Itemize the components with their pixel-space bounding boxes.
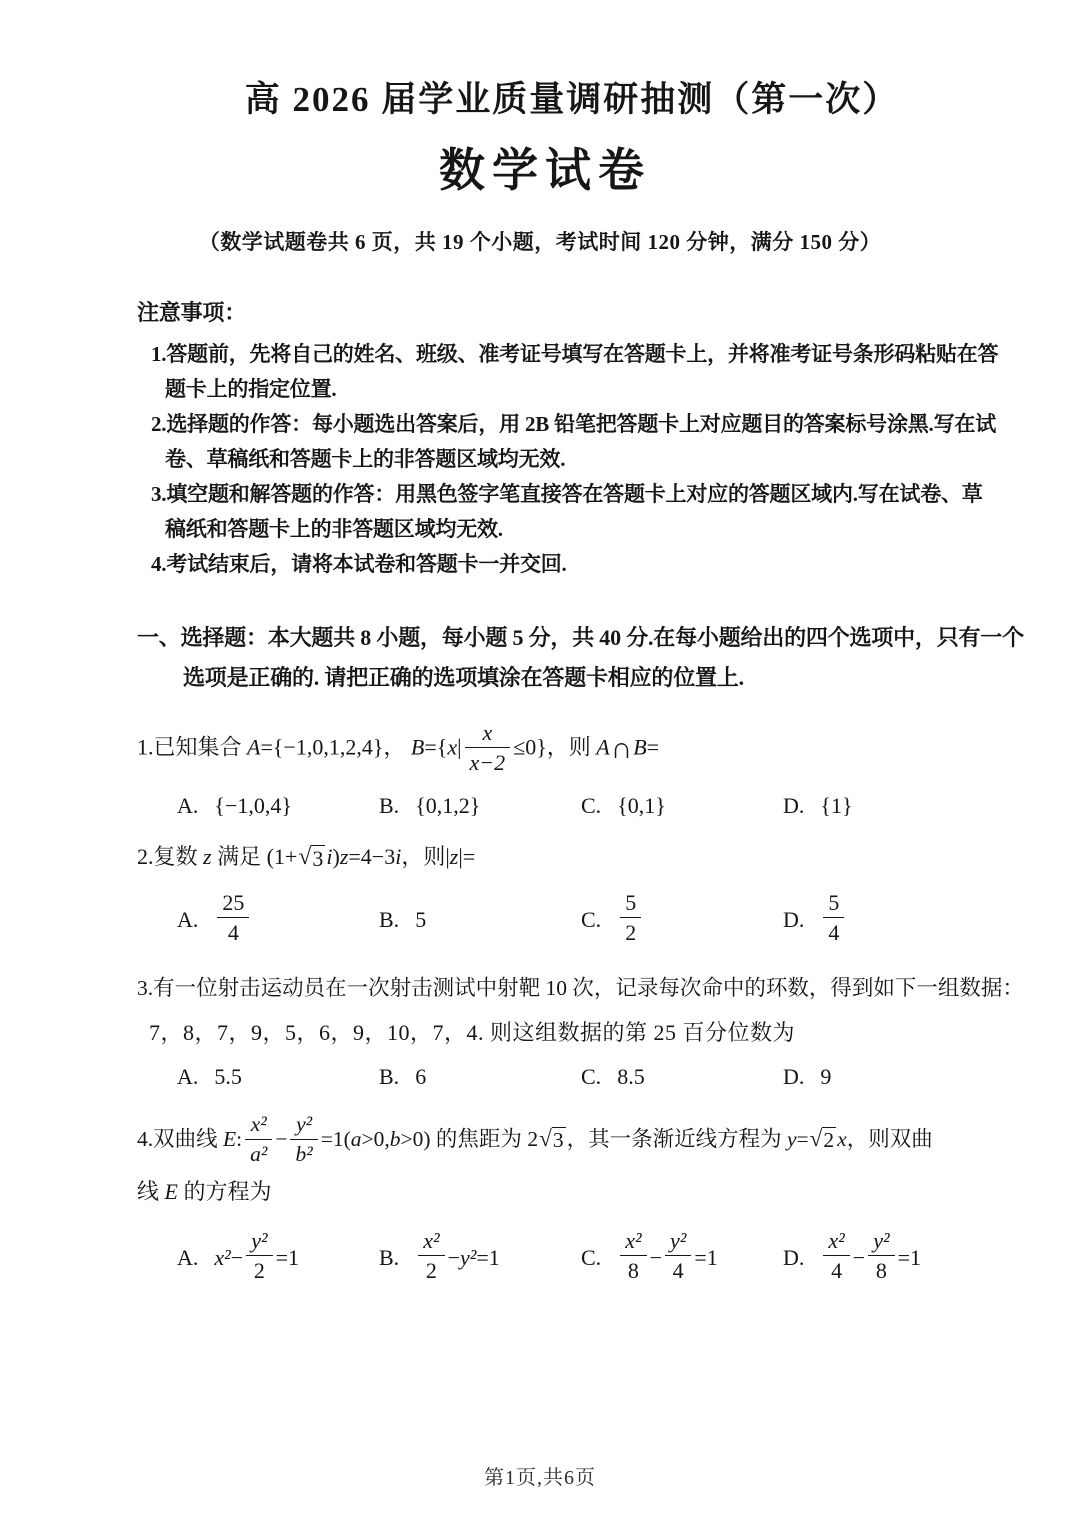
math-var: a bbox=[351, 1127, 362, 1151]
math-var: A bbox=[596, 735, 609, 760]
question-4-options: A.x²−y²2=1 B.x²2−y²=1 C.x²8−y²4=1 D.x²4−… bbox=[137, 1227, 962, 1289]
option-label: B. bbox=[379, 793, 399, 819]
doc-subtitle: 数学试卷 bbox=[0, 134, 1080, 200]
math-run: ={−1,0,1,2,4} bbox=[260, 735, 383, 760]
fraction-denominator: 2 bbox=[620, 918, 641, 945]
fraction-denominator: 4 bbox=[217, 918, 249, 945]
notice-item-4-line-1: 4.考试结束后，请将本试卷和答题卡一并交回. bbox=[137, 547, 962, 582]
notice-heading: 注意事项： bbox=[137, 296, 962, 327]
math-run: >0, bbox=[361, 1127, 389, 1151]
fraction-denominator: 2 bbox=[418, 1256, 444, 1283]
text-run: ，则 bbox=[401, 844, 445, 869]
question-1-stem: 1.已知集合 A={−1,0,1,2,4}， B={x|xx−2≤0}，则 A∩… bbox=[137, 722, 962, 777]
option-d: D.{1} bbox=[783, 793, 853, 819]
notice-item-1-line-1: 1.答题前，先将自己的姓名、班级、准考证号填写在答题卡上，并将准考证号条形码粘贴… bbox=[137, 337, 962, 372]
fraction-denominator: b² bbox=[290, 1140, 317, 1167]
question-4: 4.双曲线 E:x²a²−y²b²=1(a>0,b>0) 的焦距为 2√3，其一… bbox=[137, 1114, 962, 1289]
math-run: =1 bbox=[898, 1245, 921, 1271]
math-run: = bbox=[647, 735, 659, 760]
math-run: − bbox=[853, 1245, 865, 1271]
fraction: y²b² bbox=[290, 1112, 317, 1166]
sqrt: √3 bbox=[539, 1127, 566, 1154]
math-var: x bbox=[837, 1127, 847, 1151]
math-run: |= bbox=[458, 844, 475, 869]
option-label: C. bbox=[581, 907, 601, 933]
option-label: B. bbox=[379, 907, 399, 933]
option-d: D.x²4−y²8=1 bbox=[783, 1230, 921, 1285]
page-footer: 第1页,共6页 bbox=[0, 1461, 1080, 1490]
math-run: : bbox=[236, 1127, 242, 1151]
math-var: b bbox=[390, 1127, 401, 1151]
notice-section: 注意事项： 1.答题前，先将自己的姓名、班级、准考证号填写在答题卡上，并将准考证… bbox=[137, 296, 962, 582]
option-label: D. bbox=[783, 793, 804, 819]
fraction-denominator: a² bbox=[245, 1140, 272, 1167]
option-label: C. bbox=[581, 1245, 601, 1271]
math-run: ≤0} bbox=[513, 735, 547, 760]
math-run: = bbox=[797, 1127, 809, 1151]
doc-title: 高 2026 届学业质量调研抽测（第一次） bbox=[0, 72, 1080, 122]
text-run: 满足 bbox=[212, 844, 267, 869]
math-run: | bbox=[457, 735, 461, 760]
option-value: {−1,0,4} bbox=[214, 793, 292, 819]
option-value: {0,1,2} bbox=[415, 793, 480, 819]
math-var: x bbox=[447, 735, 457, 760]
fraction-denominator: 8 bbox=[620, 1256, 646, 1283]
fraction-denominator: 8 bbox=[868, 1256, 894, 1283]
fraction-numerator: 5 bbox=[823, 890, 844, 918]
text-run: ， bbox=[383, 735, 411, 760]
fraction: y²2 bbox=[246, 1228, 272, 1283]
content-column: 注意事项： 1.答题前，先将自己的姓名、班级、准考证号填写在答题卡上，并将准考证… bbox=[0, 296, 1080, 1289]
option-label: C. bbox=[581, 793, 601, 819]
doc-meta: （数学试题卷共 6 页，共 19 个小题，考试时间 120 分钟，满分 150 … bbox=[0, 226, 1080, 256]
math-run: =1 bbox=[476, 1245, 499, 1271]
exam-page: 高 2026 届学业质量调研抽测（第一次） 数学试卷 （数学试题卷共 6 页，共… bbox=[0, 0, 1080, 1526]
fraction-numerator: y² bbox=[246, 1228, 272, 1256]
notice-item-4: 4.考试结束后，请将本试卷和答题卡一并交回. bbox=[137, 547, 962, 582]
option-value: {0,1} bbox=[617, 793, 666, 819]
notice-item-3-line-2: 稿纸和答题卡上的非答题区域均无效. bbox=[137, 512, 962, 547]
text-run: 线 bbox=[137, 1179, 165, 1204]
option-c: C.{0,1} bbox=[581, 793, 783, 819]
section-heading-line-1: 一、选择题：本大题共 8 小题，每小题 5 分，共 40 分.在每小题给出的四个… bbox=[137, 618, 962, 658]
math-var: y bbox=[787, 1127, 797, 1151]
option-label: D. bbox=[783, 1064, 804, 1090]
question-2: 2.复数 z 满足 (1+√3i)z=4−3i，则|z|= A.254 B.5 … bbox=[137, 843, 962, 950]
notice-item-2-line-1: 2.选择题的作答：每小题选出答案后，用 2B 铅笔把答题卡上对应题目的答案标号涂… bbox=[137, 407, 962, 442]
question-4-stem-line-2: 线 E 的方程为 bbox=[137, 1178, 962, 1207]
option-b: B.5 bbox=[379, 907, 581, 933]
fraction: 254 bbox=[217, 890, 249, 945]
question-3-options: A.5.5 B.6 C.8.5 D.9 bbox=[137, 1064, 962, 1090]
option-c: C.52 bbox=[581, 892, 783, 947]
fraction-numerator: x² bbox=[418, 1228, 444, 1256]
radical-sign: √ bbox=[810, 1127, 823, 1151]
math-run: − bbox=[231, 1245, 243, 1271]
math-var: E bbox=[223, 1127, 236, 1151]
math-run: − bbox=[275, 1127, 287, 1151]
question-2-stem: 2.复数 z 满足 (1+√3i)z=4−3i，则|z|= bbox=[137, 843, 962, 872]
option-value: 5 bbox=[415, 907, 426, 933]
fraction: 54 bbox=[823, 890, 844, 945]
text-run: ，其一条渐近线方程为 bbox=[567, 1127, 787, 1151]
question-2-options: A.254 B.5 C.52 D.54 bbox=[137, 889, 962, 951]
fraction-numerator: y² bbox=[290, 1112, 317, 1140]
math-var: z bbox=[203, 844, 212, 869]
radicand: 3 bbox=[311, 845, 325, 872]
fraction: x²a² bbox=[245, 1112, 272, 1166]
option-label: B. bbox=[379, 1064, 399, 1090]
math-run: =1 bbox=[694, 1245, 717, 1271]
fraction-numerator: x² bbox=[245, 1112, 272, 1140]
option-label: B. bbox=[379, 1245, 399, 1271]
question-4-stem-line-1: 4.双曲线 E:x²a²−y²b²=1(a>0,b>0) 的焦距为 2√3，其一… bbox=[137, 1114, 962, 1168]
option-label: D. bbox=[783, 907, 804, 933]
radical-sign: √ bbox=[539, 1127, 552, 1151]
option-d: D.9 bbox=[783, 1064, 831, 1090]
math-run: ) bbox=[333, 844, 340, 869]
math-run: >0) bbox=[401, 1127, 431, 1151]
fraction-numerator: 5 bbox=[620, 890, 641, 918]
fraction: y²4 bbox=[665, 1228, 691, 1283]
text-run: ，则 bbox=[547, 735, 597, 760]
option-c: C.x²8−y²4=1 bbox=[581, 1230, 783, 1285]
notice-item-1: 1.答题前，先将自己的姓名、班级、准考证号填写在答题卡上，并将准考证号条形码粘贴… bbox=[137, 337, 962, 407]
notice-item-2: 2.选择题的作答：每小题选出答案后，用 2B 铅笔把答题卡上对应题目的答案标号涂… bbox=[137, 407, 962, 477]
option-b: B.6 bbox=[379, 1064, 581, 1090]
question-3-stem-line-2: 7，8，7，9，5，6，9，10，7，4. 则这组数据的第 25 百分位数为 bbox=[137, 1019, 962, 1048]
text-run: 4.双曲线 bbox=[137, 1127, 223, 1151]
option-b: B.x²2−y²=1 bbox=[379, 1230, 581, 1285]
text-run: 2.复数 bbox=[137, 844, 203, 869]
question-1: 1.已知集合 A={−1,0,1,2,4}， B={x|xx−2≤0}，则 A∩… bbox=[137, 722, 962, 819]
option-value: 9 bbox=[820, 1064, 831, 1090]
option-label: C. bbox=[581, 1064, 601, 1090]
fraction-denominator: x−2 bbox=[465, 748, 511, 775]
option-a: A.5.5 bbox=[177, 1064, 379, 1090]
option-value: 6 bbox=[415, 1064, 426, 1090]
option-label: A. bbox=[177, 793, 198, 819]
math-run: − bbox=[448, 1245, 460, 1271]
option-a: A.x²−y²2=1 bbox=[177, 1230, 379, 1285]
fraction-denominator: 2 bbox=[246, 1256, 272, 1283]
math-var: y² bbox=[460, 1245, 476, 1271]
notice-item-3-line-1: 3.填空题和解答题的作答：用黑色签字笔直接答在答题卡上对应的答题区域内.写在试卷… bbox=[137, 477, 962, 512]
option-c: C.8.5 bbox=[581, 1064, 783, 1090]
fraction-numerator: x² bbox=[620, 1228, 646, 1256]
option-a: A.{−1,0,4} bbox=[177, 793, 379, 819]
option-b: B.{0,1,2} bbox=[379, 793, 581, 819]
radicand: 2 bbox=[822, 1127, 836, 1154]
fraction-numerator: y² bbox=[868, 1228, 894, 1256]
fraction: xx−2 bbox=[465, 720, 511, 775]
notice-item-1-line-2: 题卡上的指定位置. bbox=[137, 372, 962, 407]
section-heading-line-2: 选项是正确的. 请把正确的选项填涂在答题卡相应的位置上. bbox=[137, 658, 962, 698]
text-run: 的方程为 bbox=[178, 1179, 272, 1204]
fraction-numerator: y² bbox=[665, 1228, 691, 1256]
radicand: 3 bbox=[552, 1127, 566, 1154]
math-run: 2 bbox=[527, 1127, 538, 1151]
math-var: A bbox=[247, 735, 260, 760]
math-var: E bbox=[165, 1179, 178, 1204]
option-d: D.54 bbox=[783, 892, 847, 947]
question-3: 3.有一位射击运动员在一次射击测试中射靶 10 次，记录每次命中的环数，得到如下… bbox=[137, 975, 962, 1090]
text-run: ，则双曲 bbox=[847, 1127, 933, 1151]
option-a: A.254 bbox=[177, 892, 379, 947]
math-run: =1 bbox=[276, 1245, 299, 1271]
fraction: y²8 bbox=[868, 1228, 894, 1283]
math-var: B bbox=[411, 735, 424, 760]
sqrt: √3 bbox=[298, 845, 325, 872]
fraction: x²8 bbox=[620, 1228, 646, 1283]
option-value: {1} bbox=[820, 793, 852, 819]
option-value: 8.5 bbox=[617, 1064, 645, 1090]
option-label: A. bbox=[177, 907, 198, 933]
math-run: − bbox=[650, 1245, 662, 1271]
math-run: ={ bbox=[424, 735, 447, 760]
fraction-denominator: 4 bbox=[823, 1256, 849, 1283]
fraction-denominator: 4 bbox=[665, 1256, 691, 1283]
option-label: D. bbox=[783, 1245, 804, 1271]
text-run: 1.已知集合 bbox=[137, 735, 247, 760]
doc-header: 高 2026 届学业质量调研抽测（第一次） 数学试卷 （数学试题卷共 6 页，共… bbox=[0, 0, 1080, 256]
question-1-options: A.{−1,0,4} B.{0,1,2} C.{0,1} D.{1} bbox=[137, 793, 962, 819]
notice-item-2-line-2: 卷、草稿纸和答题卡上的非答题区域均无效. bbox=[137, 442, 962, 477]
fraction: x²4 bbox=[823, 1228, 849, 1283]
option-label: A. bbox=[177, 1245, 198, 1271]
math-run: (1+ bbox=[267, 844, 298, 869]
choice-section-heading: 一、选择题：本大题共 8 小题，每小题 5 分，共 40 分.在每小题给出的四个… bbox=[137, 618, 962, 698]
text-run: 的焦距为 bbox=[431, 1127, 528, 1151]
fraction-numerator: x² bbox=[823, 1228, 849, 1256]
math-var: x² bbox=[214, 1245, 230, 1271]
fraction: x²2 bbox=[418, 1228, 444, 1283]
math-var: B bbox=[633, 735, 646, 760]
fraction-denominator: 4 bbox=[823, 918, 844, 945]
fraction: 52 bbox=[620, 890, 641, 945]
radical-sign: √ bbox=[298, 845, 311, 870]
fraction-numerator: 25 bbox=[217, 890, 249, 918]
option-value: 5.5 bbox=[214, 1064, 242, 1090]
sqrt: √2 bbox=[810, 1127, 837, 1154]
math-run: =4−3 bbox=[348, 844, 395, 869]
notice-item-3: 3.填空题和解答题的作答：用黑色签字笔直接答在答题卡上对应的答题区域内.写在试卷… bbox=[137, 477, 962, 547]
option-label: A. bbox=[177, 1064, 198, 1090]
question-3-stem-line-1: 3.有一位射击运动员在一次射击测试中射靶 10 次，记录每次命中的环数，得到如下… bbox=[137, 975, 962, 1002]
math-run: =1( bbox=[321, 1127, 351, 1151]
intersection-symbol: ∩ bbox=[610, 733, 633, 765]
fraction-numerator: x bbox=[465, 720, 511, 748]
